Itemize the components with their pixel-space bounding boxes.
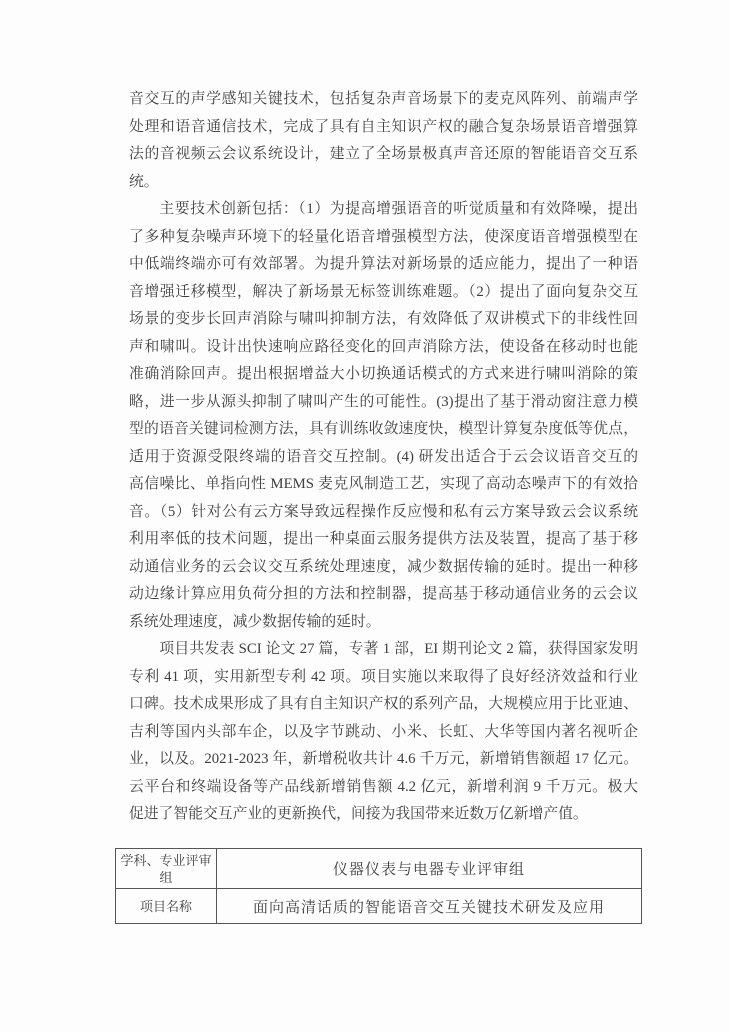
- text-line: 场景的变步长回声消除与啸叫抑制方法，有效降低了双讲模式下的非线性回: [129, 306, 638, 334]
- review-group-value-cell: 仪器仪表与电器专业评审组: [217, 849, 641, 888]
- text-line: 准确消除回声。提出根据增益大小切换通话模式的方式来进行啸叫消除的策: [129, 361, 638, 389]
- text-line: 音增强迁移模型，解决了新场景无标签训练难题。（2）提出了面向复杂交互: [129, 279, 638, 307]
- text-line: 声和啸叫。设计出快速响应路径变化的回声消除方法，使设备在移动时也能: [129, 334, 638, 362]
- text-line: 项目共发表 SCI 论文 27 篇，专著 1 部，EI 期刊论文 2 篇，获得国…: [129, 636, 638, 664]
- review-table: 学科、专业评审组 仪器仪表与电器专业评审组 项目名称 面向高清话质的智能语音交互…: [115, 848, 642, 924]
- text-line: 中低端终端亦可有效部署。为提升算法对新场景的适应能力，提出了一种语: [129, 251, 638, 279]
- body-text: 音交互的声学感知关键技术，包括复杂声音场景下的麦克风阵列、前端声学 处理和语音通…: [129, 86, 638, 829]
- text-line: 法的音视频云会议系统设计，建立了全场景极真声音还原的智能语音交互系: [129, 141, 638, 169]
- text-line: 动通信业务的云会议交互系统处理速度，减少数据传输的延时。提出一种移: [129, 554, 638, 582]
- text-line: 系统处理速度，减少数据传输的延时。: [129, 609, 638, 637]
- table-row-project-name: 项目名称 面向高清话质的智能语音交互关键技术研发及应用: [116, 888, 641, 923]
- text-line: 处理和语音通信技术，完成了具有自主知识产权的融合复杂场景语音增强算: [129, 114, 638, 142]
- text-line: 主要技术创新包括：（1）为提高增强语音的听觉质量和有效降噪，提出: [129, 196, 638, 224]
- text-line: 动边缘计算应用负荷分担的方法和控制器，提高基于移动通信业务的云会议: [129, 581, 638, 609]
- text-line: 音交互的声学感知关键技术，包括复杂声音场景下的麦克风阵列、前端声学: [129, 86, 638, 114]
- text-line: 口碑。技术成果形成了具有自主知识产权的系列产品，大规模应用于比亚迪、: [129, 691, 638, 719]
- text-line: 略，进一步从源头抑制了啸叫产生的可能性。(3)提出了基于滑动窗注意力模: [129, 389, 638, 417]
- project-name-value-cell: 面向高清话质的智能语音交互关键技术研发及应用: [217, 889, 641, 923]
- text-line: 专利 41 项，实用新型专利 42 项。项目实施以来取得了良好经济效益和行业: [129, 664, 638, 692]
- text-line: 促进了智能交互产业的更新换代，间接为我国带来近数万亿新增产值。: [129, 801, 638, 829]
- text-line: 型的语音关键词检测方法，具有训练收敛速度快，模型计算复杂度低等优点，: [129, 416, 638, 444]
- project-name-header-cell: 项目名称: [116, 889, 217, 923]
- review-group-header-cell: 学科、专业评审组: [116, 849, 217, 888]
- text-line: 适用于资源受限终端的语音交互控制。(4) 研发出适合于云会议语音交互的: [129, 444, 638, 472]
- text-line: 业，以及。2021-2023 年，新增税收共计 4.6 千万元，新增销售额超 1…: [129, 746, 638, 774]
- text-line: 高信噪比、单指向性 MEMS 麦克风制造工艺，实现了高动态噪声下的有效拾: [129, 471, 638, 499]
- text-line: 利用率低的技术问题，提出一种桌面云服务提供方法及装置，提高了基于移: [129, 526, 638, 554]
- table-row-review-group: 学科、专业评审组 仪器仪表与电器专业评审组: [116, 849, 641, 888]
- text-line: 音。（5）针对公有云方案导致远程操作反应慢和私有云方案导致云会议系统: [129, 499, 638, 527]
- text-line: 吉利等国内头部车企，以及字节跳动、小米、长虹、大华等国内著名视听企: [129, 719, 638, 747]
- document-page: 音交互的声学感知关键技术，包括复杂声音场景下的麦克风阵列、前端声学 处理和语音通…: [0, 0, 730, 1032]
- text-line: 统。: [129, 169, 638, 197]
- text-line: 了多种复杂噪声环境下的轻量化语音增强模型方法，使深度语音增强模型在: [129, 224, 638, 252]
- text-line: 云平台和终端设备等产品线新增销售额 4.2 亿元，新增利润 9 千万元。极大: [129, 774, 638, 802]
